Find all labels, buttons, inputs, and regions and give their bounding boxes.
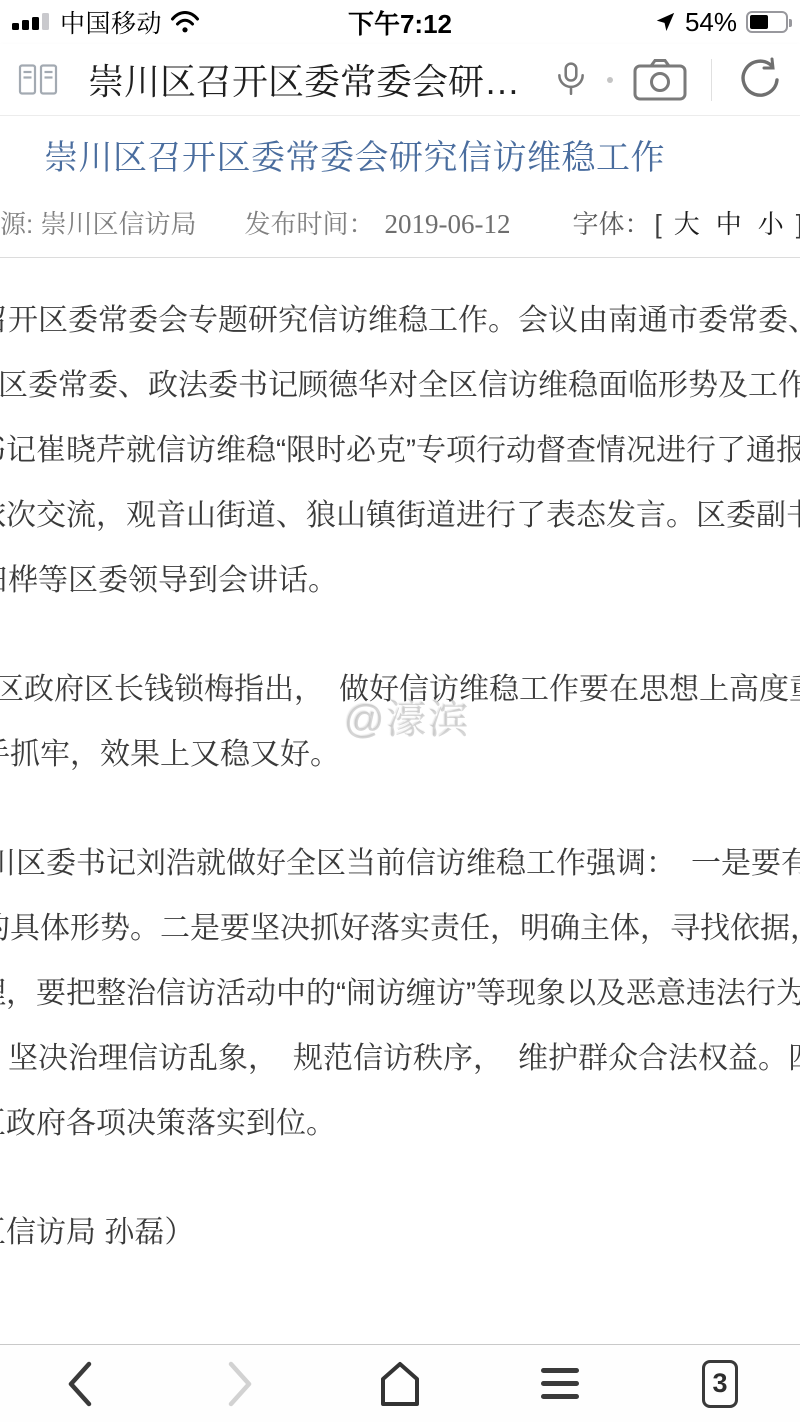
cellular-signal-icon <box>12 12 52 32</box>
article-line: 区政府各项决策落实到位。 <box>0 1091 800 1156</box>
battery-icon <box>746 11 788 33</box>
forward-button[interactable] <box>210 1354 270 1414</box>
article-line: 川区委书记刘浩就做好全区当前信访维稳工作强调： 一是要有高 <box>0 831 800 896</box>
article-title: 崇川区召开区委常委会研究信访维稳工作 <box>0 140 800 176</box>
paragraph: 川区委书记刘浩就做好全区当前信访维稳工作强调： 一是要有高 的具体形势。二是要坚… <box>0 831 800 1156</box>
article-line: 区委常委、政法委书记顾德华对全区信访维稳面临形势及工作 <box>0 353 800 418</box>
home-icon <box>375 1359 425 1409</box>
tabs-button[interactable]: 3 <box>690 1354 750 1414</box>
address-bar-title[interactable]: 崇川区召开区委常委会研… <box>88 54 555 105</box>
web-page-content: 崇川区召开区委常委会研究信访维稳工作 源: 崇川区信访局 发布时间： 2019-… <box>0 116 800 1344</box>
battery-percent-label: 54% <box>685 7 737 38</box>
battery-fill <box>750 15 768 29</box>
font-size-large-button[interactable]: 大 <box>674 204 700 241</box>
toolbar-dot-separator <box>607 77 613 83</box>
location-arrow-icon <box>654 11 676 33</box>
camera-scan-icon[interactable] <box>633 58 687 102</box>
article-body: 召开区委常委会专题研究信访维稳工作。会议由南通市委常委、 区委常委、政法委书记顾… <box>0 258 800 1265</box>
article-line: 召开区委常委会专题研究信访维稳工作。会议由南通市委常委、 <box>0 288 800 353</box>
article-line: 的具体形势。二是要坚决抓好落实责任，明确主体，寻找依据， <box>0 896 800 961</box>
article-line: 区信访局 孙磊） <box>0 1200 800 1265</box>
article-line: 书记崔晓芹就信访维稳“限时必克”专项行动督查情况进行了通报 <box>0 418 800 483</box>
source-label: 源: 崇川区信访局 <box>0 204 196 241</box>
article-meta: 源: 崇川区信访局 发布时间： 2019-06-12 字体： [ 大 中 小 ] <box>0 204 800 258</box>
toolbar-divider <box>711 59 712 101</box>
font-bracket-close: ] <box>796 209 800 240</box>
carrier-label: 中国移动 <box>60 4 162 40</box>
font-size-small-button[interactable]: 小 <box>758 204 784 241</box>
back-chevron-icon <box>66 1361 94 1407</box>
publish-time-label: 发布时间： <box>244 204 374 241</box>
article-line: 依次交流，观音山街道、狼山镇街道进行了表态发言。区委副书 <box>0 483 800 548</box>
paragraph: 召开区委常委会专题研究信访维稳工作。会议由南通市委常委、 区委常委、政法委书记顾… <box>0 288 800 613</box>
tab-count-icon: 3 <box>702 1360 738 1408</box>
paragraph: 区政府区长钱锁梅指出， 做好信访维稳工作要在思想上高度重视 手抓牢，效果上又稳又… <box>0 657 800 787</box>
browser-toolbar: 崇川区召开区委常委会研… <box>0 44 800 116</box>
article-line: 坚决治理信访乱象， 规范信访秩序， 维护群众合法权益。四是 <box>8 1026 800 1091</box>
font-size-medium-button[interactable]: 中 <box>716 204 742 241</box>
battery-tip <box>789 19 792 27</box>
font-bracket-open: [ <box>654 209 661 240</box>
paragraph: 区信访局 孙磊） <box>0 1200 800 1265</box>
article-line: 区政府区长钱锁梅指出， 做好信访维稳工作要在思想上高度重视 <box>0 657 800 722</box>
browser-bottom-nav: 3 <box>0 1344 800 1422</box>
forward-chevron-icon <box>226 1361 254 1407</box>
wifi-icon <box>170 10 200 34</box>
font-size-label: 字体： <box>572 204 650 241</box>
home-button[interactable] <box>370 1354 430 1414</box>
menu-icon <box>541 1368 579 1399</box>
article-line: 理，要把整治信访活动中的“闹访缠访”等现象以及恶意违法行为 <box>0 961 800 1026</box>
publish-date: 2019-06-12 <box>384 209 510 240</box>
status-bar: 中国移动 下午7:12 54% <box>0 0 800 44</box>
back-button[interactable] <box>50 1354 110 1414</box>
voice-search-icon[interactable] <box>555 62 587 98</box>
menu-button[interactable] <box>530 1354 590 1414</box>
clock: 下午7:12 <box>348 4 452 41</box>
article-line: 田桦等区委领导到会讲话。 <box>0 548 800 613</box>
refresh-icon[interactable] <box>736 57 782 103</box>
article-line: 手抓牢，效果上又稳又好。 <box>0 722 800 787</box>
reader-book-icon[interactable] <box>18 63 58 97</box>
